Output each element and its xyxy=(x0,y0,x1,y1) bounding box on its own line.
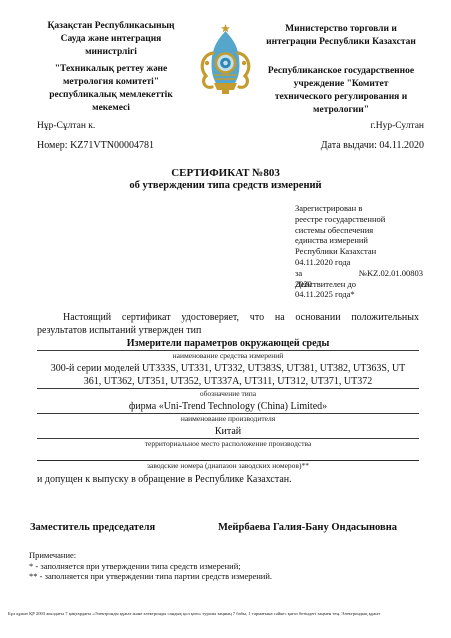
kazakhstan-emblem-icon xyxy=(198,23,253,97)
header-right-line: Республиканское государственное xyxy=(256,65,426,78)
note-item: * - заполняется при утверждении типа сре… xyxy=(29,561,272,572)
header-left-line: республикалық мемлекеттік xyxy=(25,89,197,102)
field-caption: заводские номера (диапазон заводских ном… xyxy=(37,460,419,470)
registration-number: №KZ.02.01.00803 xyxy=(359,268,423,279)
registration-valid-until: 04.11.2025 года* xyxy=(295,289,423,300)
registration-line: Зарегистрирован в xyxy=(295,203,423,214)
intro-line: результатов испытаний утвержден тип xyxy=(37,324,419,337)
field-manufacturer: фирма «Uni-Trend Technology (China) Limi… xyxy=(37,400,419,423)
issue-date: Дата выдачи: 04.11.2020 xyxy=(321,140,424,151)
certificate-body: Настоящий сертификат удостоверяет, что н… xyxy=(37,311,419,486)
registration-line: Республики Казахстан xyxy=(295,246,423,257)
field-value: фирма «Uni-Trend Technology (China) Limi… xyxy=(37,400,419,413)
city-left: Нұр-Сұлтан к. xyxy=(37,121,95,131)
field-value: Измерители параметров окружающей среды xyxy=(37,337,419,350)
header-right-line: интеграции Республики Казахстан xyxy=(256,36,426,49)
certificate-subtitle: об утверждении типа средств измерений xyxy=(0,180,451,191)
header-right-russian: Министерство торговли и интеграции Респу… xyxy=(256,23,426,117)
notes-title: Примечание: xyxy=(29,550,272,561)
field-value: Китай xyxy=(37,425,419,438)
registration-line: реестре государственной xyxy=(295,214,423,225)
field-instrument-name: Измерители параметров окружающей среды н… xyxy=(37,337,419,360)
field-value: 361, UT362, UT351, UT352, UT337A, UT311,… xyxy=(37,375,419,388)
field-caption: обозначение типа xyxy=(37,388,419,398)
note-item: ** - заполняется при утверждении типа па… xyxy=(29,571,272,582)
registration-line: системы обеспечения xyxy=(295,225,423,236)
header-left-line: министрлігі xyxy=(25,46,197,59)
legal-footer-text: Бұл құжат ҚР 2003 жылдағы 7 қаңтардағы «… xyxy=(8,611,451,617)
signatory-position: Заместитель председателя xyxy=(30,522,155,533)
registration-number-row: за №KZ.02.01.00803 xyxy=(295,268,423,279)
signatory-name: Мейрбаева Галия-Бану Ондасыновна xyxy=(218,522,397,533)
field-value-empty xyxy=(37,450,419,460)
field-serial-numbers: заводские номера (диапазон заводских ном… xyxy=(37,450,419,470)
header-left-line: Қазақстан Республикасының xyxy=(25,20,197,33)
header-left-line: "Техникалық реттеу және xyxy=(25,63,197,76)
header-right-line: учреждение "Комитет xyxy=(256,78,426,91)
certificate-number: Номер: KZ71VTN00004781 xyxy=(37,140,154,151)
header-left-line: метрология комитеті" xyxy=(25,76,197,89)
conclusion-text: и допущен к выпуску в обращение в Респуб… xyxy=(37,473,419,486)
certificate-title: СЕРТИФИКАТ №803 xyxy=(0,167,451,179)
header-right-line: Министерство торговли и xyxy=(256,23,426,36)
field-caption: территориальное место расположение произ… xyxy=(37,438,419,448)
field-caption: наименование средства измерений xyxy=(37,350,419,360)
registration-line: 04.11.2020 года xyxy=(295,257,423,268)
registration-za-label: за xyxy=(295,268,302,279)
field-caption: наименование производителя xyxy=(37,413,419,423)
city-right: г.Нур-Султан xyxy=(371,121,424,131)
registration-year-overlap: 2020 xyxy=(295,279,312,290)
header-left-line: Сауда және интеграция xyxy=(25,33,197,46)
header-right-line: технического регулирования и xyxy=(256,91,426,104)
certificate-document: Қазақстан Республикасының Сауда және инт… xyxy=(0,0,451,638)
header-left-kazakh: Қазақстан Республикасының Сауда және инт… xyxy=(25,20,197,115)
registration-valid-row: Действителен до 2020 xyxy=(295,279,423,290)
registration-line: единства измерений xyxy=(295,235,423,246)
field-value: 300-й серии моделей UT333S, UT331, UT332… xyxy=(37,362,419,375)
header-left-line: мекемесі xyxy=(25,102,197,115)
intro-line: Настоящий сертификат удостоверяет, что н… xyxy=(37,311,419,324)
notes-block: Примечание: * - заполняется при утвержде… xyxy=(29,550,272,582)
registration-block: Зарегистрирован в реестре государственно… xyxy=(295,203,423,300)
header-right-line: метрологии" xyxy=(256,104,426,117)
field-type-designation: 300-й серии моделей UT333S, UT331, UT332… xyxy=(37,362,419,398)
field-production-location: Китай территориальное место расположение… xyxy=(37,425,419,448)
